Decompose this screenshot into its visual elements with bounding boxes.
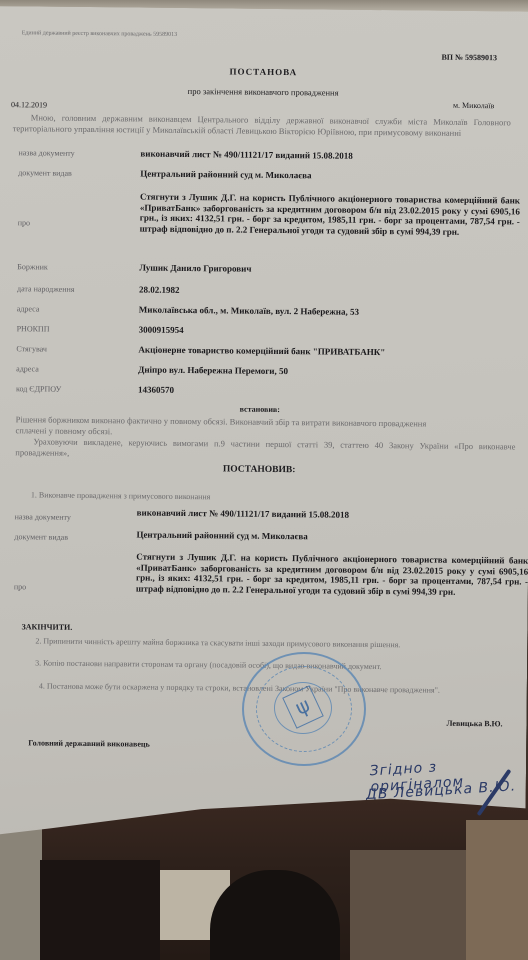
field-label: адреса [16,364,39,373]
field-value: Центральний районний суд м. Миколаєва [136,530,307,542]
document-subtitle: про закінчення виконавчого провадження [0,84,528,100]
field-label: адреса [17,304,40,313]
creditor-name: Акціонерне товариство комерційний банк "… [138,345,385,358]
document-title: ПОСТАНОВА [0,64,528,80]
intro-paragraph: Мною, головним державним виконавцем Цент… [13,112,511,138]
field-value: виконавчий лист № 490/11121/17 виданий 1… [140,149,352,161]
official-stamp: ψ [242,652,366,766]
field-value: виконавчий лист № 490/11121/17 виданий 1… [137,508,349,520]
field-label: документ видав [18,168,72,178]
field-value: Стягнути з Лушик Д.Г. на користь Публічн… [140,192,520,238]
field-label: Стягувач [16,344,47,353]
signer-title: Головний державний виконавець [28,738,150,748]
signer-name: Левицька В.Ю. [446,719,502,729]
field-label: про [14,582,26,591]
debtor-tax-id: 3000915954 [139,325,184,335]
document-city: м. Миколаїв [453,101,494,110]
field-label: документ видав [14,532,68,542]
finish-heading: ЗАКІНЧИТИ. [21,622,72,632]
field-value: Стягнути з Лушик Д.Г. на користь Публічн… [136,552,528,598]
creditor-address: Дніпро вул. Набережна Перемоги, 50 [138,365,288,377]
debtor-birthdate: 28.02.1982 [139,285,180,295]
field-label: РНОКПП [17,324,50,333]
resolved-heading: ПОСТАНОВИВ: [0,462,528,478]
creditor-edrpou: 14360570 [138,385,174,395]
field-label: дата народження [17,284,75,294]
field-label: назва документу [15,512,71,522]
field-label: про [18,218,30,227]
debtor-name: Лушик Данило Григорович [139,263,251,274]
item-1: 1. Виконавче провадження з примусового в… [31,490,211,501]
document-date: 04.12.2019 [11,100,47,109]
item-2: 2. Припинити чинність арешту майна боржн… [35,636,525,650]
vp-number: ВП № 59589013 [441,53,497,63]
field-label: назва документу [18,148,74,158]
considering-paragraph: Ураховуючи викладене, керуючись вимогами… [15,436,515,462]
field-label: Боржник [17,262,48,271]
field-value: Центральний районний суд м. Миколаєва [140,169,311,181]
field-label: код ЄДРПОУ [16,384,61,393]
debtor-address: Миколаївська обл., м. Миколаїв, вул. 2 Н… [139,305,359,317]
registry-header: Единий державний реєстр виконавчих прова… [22,30,302,39]
